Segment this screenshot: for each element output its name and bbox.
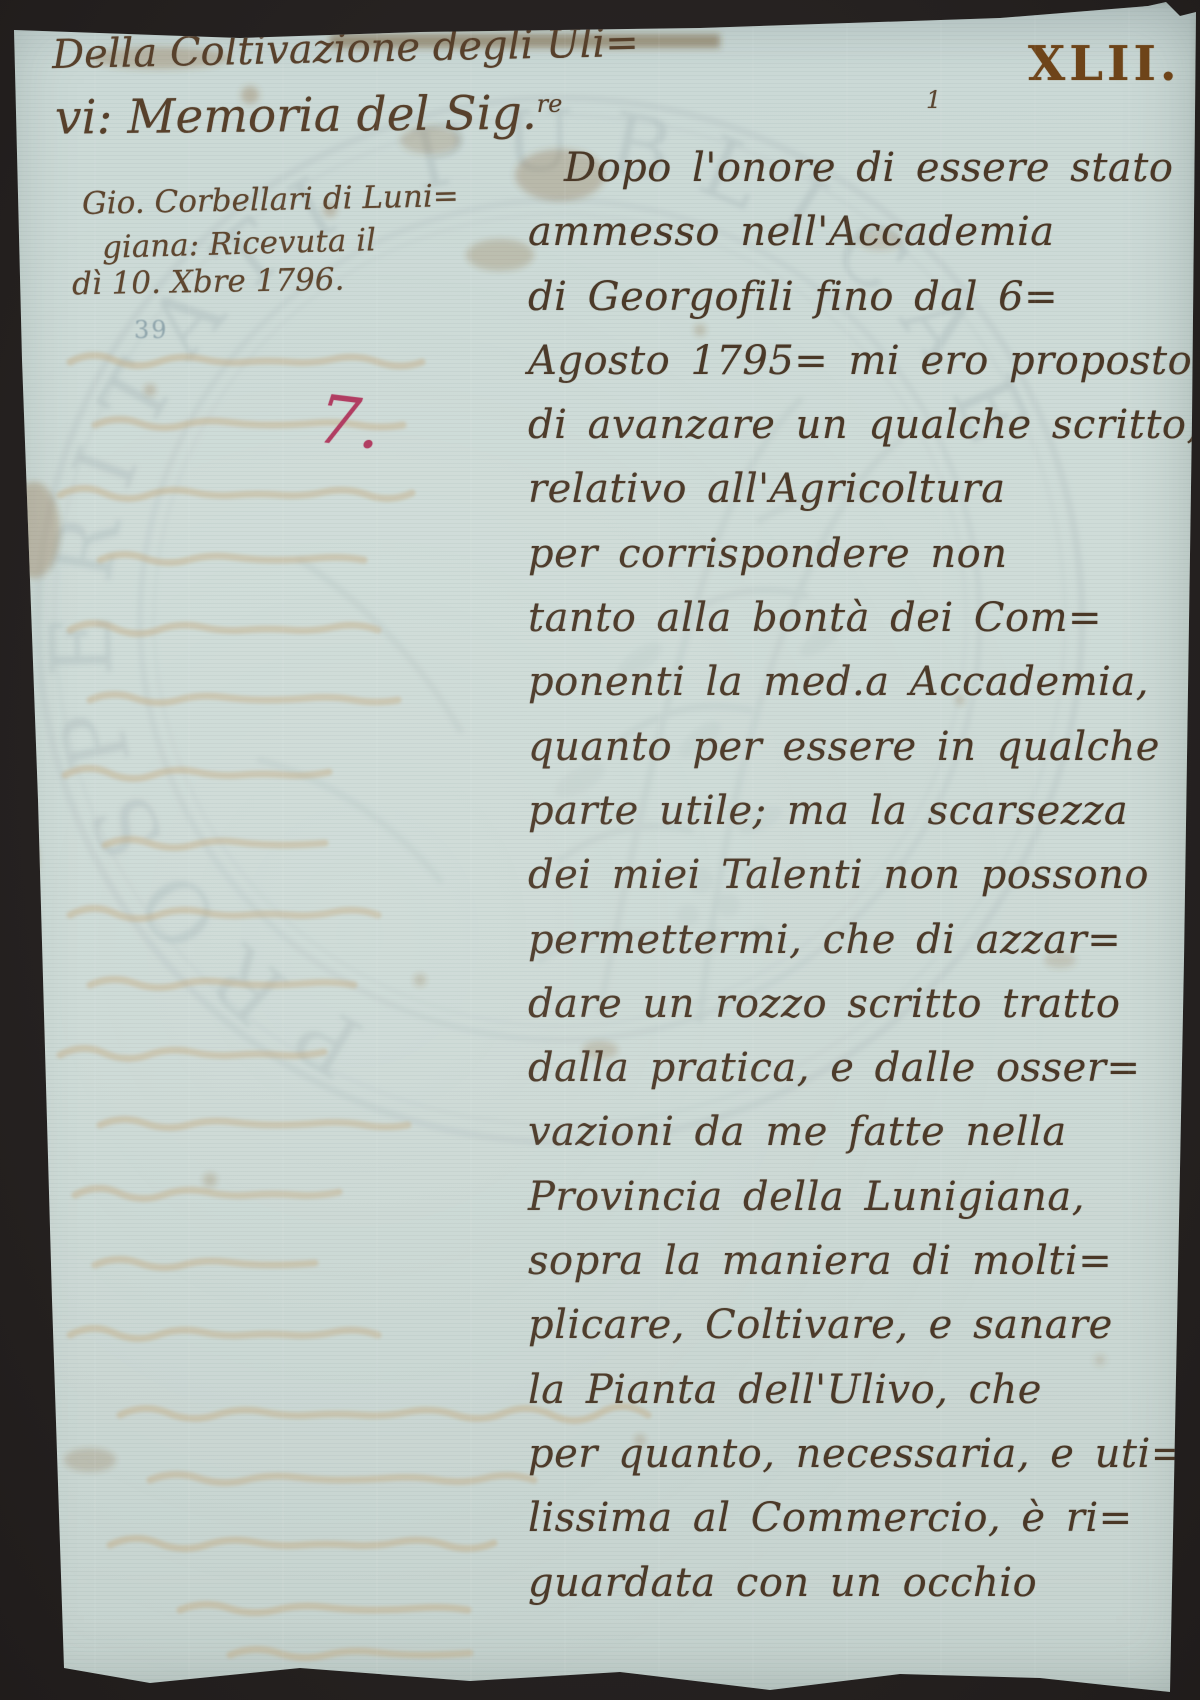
manuscript-line: vazioni da me fatte nella bbox=[528, 1100, 1168, 1164]
stamped-number: 39 bbox=[134, 316, 169, 344]
embossed-seal-watermark: PROSPERITATI PUBLICAE bbox=[0, 0, 1200, 1700]
manuscript-line: permettermi, che di azzar= bbox=[528, 908, 1168, 972]
manuscript-line: per corrispondere non bbox=[528, 522, 1168, 586]
manuscript-line: ammesso nell'Accademia bbox=[528, 200, 1168, 264]
manuscript-line: per quanto, necessaria, e uti= bbox=[528, 1422, 1168, 1486]
manuscript-line: plicare, Coltivare, e sanare bbox=[528, 1293, 1168, 1357]
manuscript-line: relativo all'Agricoltura bbox=[528, 457, 1168, 521]
manuscript-line: lissima al Commercio, è ri= bbox=[528, 1486, 1168, 1550]
manuscript-line: ponenti la med.a Accademia, bbox=[528, 650, 1168, 714]
manuscript-line: quanto per essere in qualche bbox=[528, 715, 1168, 779]
manuscript-line: dei miei Talenti non possono bbox=[528, 843, 1168, 907]
verso-bleedthrough-writing bbox=[60, 355, 648, 1657]
red-archival-mark: 7. bbox=[314, 380, 386, 464]
manuscript-line: la Pianta dell'Ulivo, che bbox=[528, 1358, 1168, 1422]
seal-grape-cluster bbox=[550, 617, 845, 952]
manuscript-text-block: Dopo l'onore di essere statoammesso nell… bbox=[528, 136, 1168, 1615]
manuscript-line: sopra la maniera di molti= bbox=[528, 1229, 1168, 1293]
manuscript-line: Dopo l'onore di essere stato bbox=[528, 136, 1168, 200]
register-received-line: giana: Ricevuta il bbox=[102, 222, 377, 266]
manuscript-line: di avanzare un qualche scritto, bbox=[528, 393, 1168, 457]
page-number: 1 bbox=[926, 86, 941, 114]
manuscript-line: dalla pratica, e dalle osser= bbox=[528, 1036, 1168, 1100]
stains bbox=[2, 34, 1105, 1472]
register-date-line: dì 10. Xbre 1796. bbox=[72, 262, 345, 303]
manuscript-line: di Georgofili fino dal 6= bbox=[528, 265, 1168, 329]
manuscript-line: guardata con un occhio bbox=[528, 1551, 1168, 1615]
scanned-manuscript-page: PROSPERITATI PUBLICAE bbox=[0, 0, 1200, 1700]
register-title-line-2: vi: Memoria del Sig.re bbox=[55, 85, 563, 145]
register-author-line: Gio. Corbellari di Luni= bbox=[82, 178, 459, 222]
manuscript-line: Agosto 1795= mi ero proposto bbox=[528, 329, 1168, 393]
paper-sheet: PROSPERITATI PUBLICAE bbox=[0, 0, 1200, 1700]
register-title-line-1: Della Coltivazione degli Uli= bbox=[52, 20, 640, 78]
manuscript-line: dare un rozzo scritto tratto bbox=[528, 972, 1168, 1036]
seal-rings bbox=[38, 98, 1082, 1142]
register-title-superscript: re bbox=[536, 90, 562, 118]
register-title-line-2-text: vi: Memoria del Sig. bbox=[55, 86, 537, 146]
folio-number: XLII. bbox=[1028, 36, 1181, 92]
manuscript-line: parte utile; ma la scarsezza bbox=[528, 779, 1168, 843]
seal-motto-text: PROSPERITATI PUBLICAE bbox=[31, 91, 1060, 1096]
seal-wheat-emblem bbox=[260, 400, 900, 1020]
manuscript-line: Provincia della Lunigiana, bbox=[528, 1165, 1168, 1229]
manuscript-line: tanto alla bontà dei Com= bbox=[528, 586, 1168, 650]
